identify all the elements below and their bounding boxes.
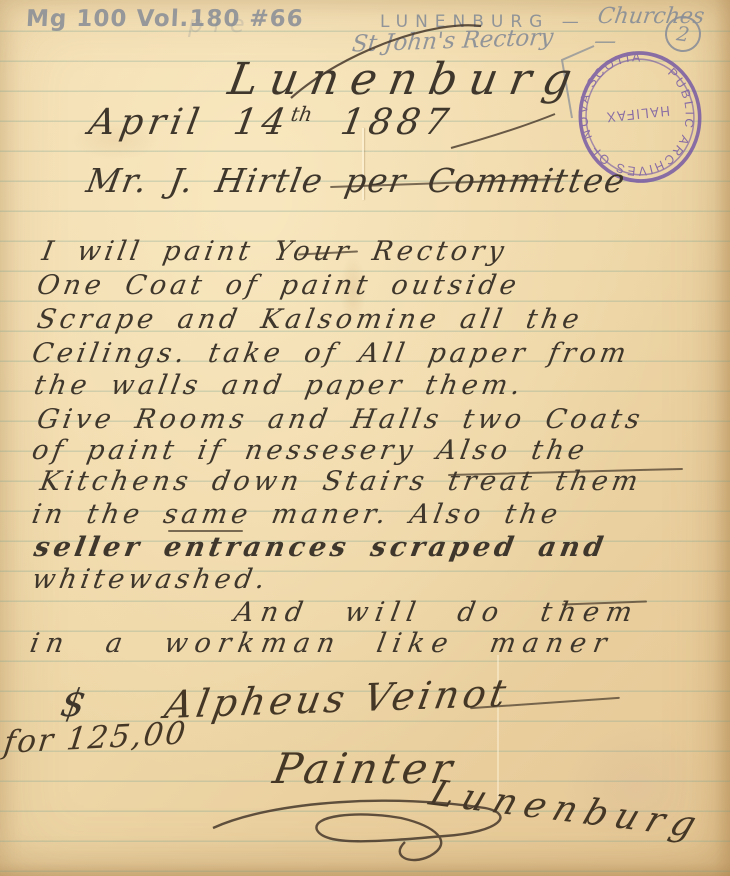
date-flourish xyxy=(445,108,560,153)
underline-same xyxy=(168,530,243,532)
body-line: in the same maner. Also the xyxy=(30,501,564,528)
body-line: Give Rooms and Halls two Coats xyxy=(35,406,646,433)
body-line: of paint if nessesery Also the xyxy=(30,437,590,464)
body-line: whitewashed. xyxy=(30,566,271,593)
erased-pencil-trace: ple xyxy=(188,10,255,38)
body-line: One Coat of paint outside xyxy=(35,272,522,299)
price-amount: for 125,00 xyxy=(2,718,189,759)
place-heading: Lunenburg xyxy=(225,58,587,102)
body-line: Ceilings. take of All paper from xyxy=(30,340,632,367)
body-line: seller entrances scraped and xyxy=(32,534,609,561)
body-line: I will paint Your Rectory xyxy=(40,238,510,265)
archival-reference-code: Mg 100 Vol.180 #66 xyxy=(25,6,304,32)
signature-place: Lunenburg xyxy=(425,776,708,844)
date-line: April 14th 1887 xyxy=(86,104,456,141)
date-day: April 14 xyxy=(86,102,294,143)
scanned-letter-page: Mg 100 Vol.180 #66 ple LUNENBURG — Churc… xyxy=(0,0,730,876)
salutation: Mr. J. Hirtle per Committee xyxy=(84,164,629,197)
date-ordinal: th xyxy=(289,102,314,126)
page-right-edge xyxy=(714,0,730,876)
page-bottom-edge xyxy=(0,862,730,876)
body-line: the walls and paper them. xyxy=(32,372,526,399)
signature-name: Alpheus Veinot xyxy=(162,674,513,724)
body-line: in a workman like maner xyxy=(28,630,616,657)
signature-title: Painter xyxy=(270,748,459,790)
price-symbol: $ xyxy=(58,684,89,722)
body-line: Scrape and Kalsomine all the xyxy=(35,306,585,333)
date-year: 1887 xyxy=(338,102,457,143)
stamp-center-text: HALIFAX xyxy=(605,103,671,125)
